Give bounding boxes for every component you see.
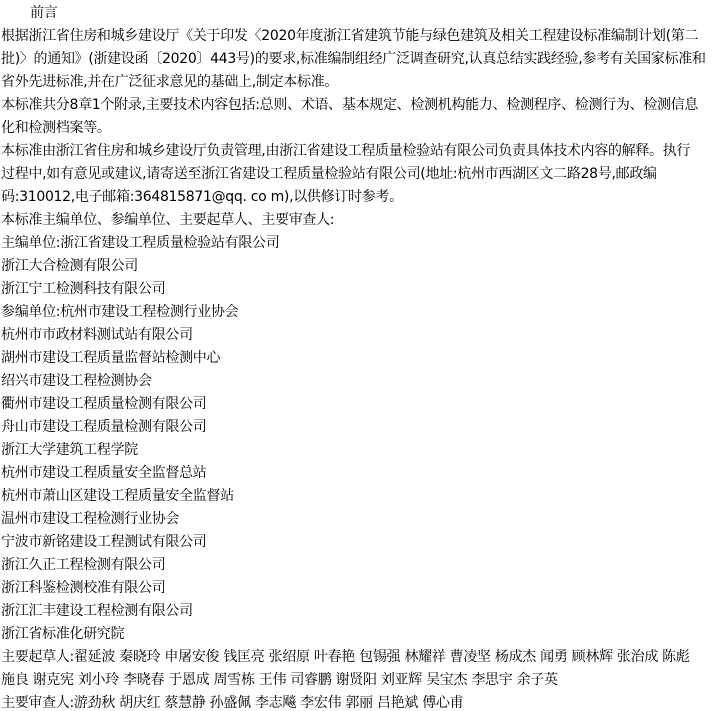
- drafter-names: 翟延波 秦晓玲 申屠安俊 钱匡亮 张绍原 叶春艳 包锡强 林耀祥 曹凌坚 杨成杰…: [74, 649, 690, 665]
- paragraph-units-intro: 本标准主编单位、参编单位、主要起草人、主要审查人:: [1, 209, 713, 232]
- chief-unit-item: 主编单位:浙江省建设工程质量检验站有限公司: [1, 232, 713, 255]
- participating-unit-item: 杭州市市政材料测试站有限公司: [1, 324, 713, 347]
- chief-units-label: 主编单位:: [1, 235, 60, 251]
- unit-name: 杭州市建设工程检测行业协会: [60, 304, 238, 320]
- participating-units-label: 参编单位:: [1, 304, 60, 320]
- section-heading-foreword: 前言: [1, 2, 713, 25]
- participating-unit-item: 浙江大学建筑工程学院: [1, 439, 713, 462]
- text-line: 批)〉的通知》(浙建设函〔2020〕443号)的要求,标准编制组经广泛调查研究,…: [1, 48, 713, 71]
- chief-units-list: 主编单位:浙江省建设工程质量检验站有限公司 浙江大合检测有限公司 浙江宁工检测科…: [1, 232, 713, 301]
- drafters-label: 主要起草人:: [1, 649, 74, 665]
- text-line: 码:310012,电子邮箱:364815871@qq. co m),以供修订时参…: [1, 186, 713, 209]
- participating-unit-item: 浙江汇丰建设工程检测有限公司: [1, 600, 713, 623]
- text-line: 省外先进标准,并在广泛征求意见的基础上,制定本标准。: [1, 71, 713, 94]
- participating-unit-item: 衢州市建设工程质量检测有限公司: [1, 393, 713, 416]
- document-body: 前言 根据浙江省住房和城乡建设厅《关于印发〈2020年度浙江省建筑节能与绿色建筑…: [0, 0, 713, 711]
- participating-unit-item: 浙江省标准化研究院: [1, 623, 713, 646]
- participating-unit-item: 杭州市建设工程质量安全监督总站: [1, 462, 713, 485]
- text-line: 本标准由浙江省住房和城乡建设厅负责管理,由浙江省建设工程质量检验站有限公司负责具…: [1, 140, 713, 163]
- text-line: 过程中,如有意见或建议,请寄送至浙江省建设工程质量检验站有限公司(地址:杭州市西…: [1, 163, 713, 186]
- participating-unit-item: 湖州市建设工程质量监督站检测中心: [1, 347, 713, 370]
- drafters-line: 施良 谢克宪 刘小玲 李晓春 于恩成 周雪栋 王伟 司睿鹏 谢贤阳 刘亚辉 吴宝…: [1, 669, 713, 692]
- text-line: 根据浙江省住房和城乡建设厅《关于印发〈2020年度浙江省建筑节能与绿色建筑及相关…: [1, 25, 713, 48]
- participating-unit-item: 杭州市萧山区建设工程质量安全监督站: [1, 485, 713, 508]
- participating-unit-item: 舟山市建设工程质量检测有限公司: [1, 416, 713, 439]
- participating-unit-item: 宁波市新铭建设工程测试有限公司: [1, 531, 713, 554]
- paragraph-contents: 本标准共分8章1个附录,主要技术内容包括:总则、术语、基本规定、检测机构能力、检…: [1, 94, 713, 140]
- participating-unit-item: 参编单位:杭州市建设工程检测行业协会: [1, 301, 713, 324]
- participating-unit-item: 温州市建设工程检测行业协会: [1, 508, 713, 531]
- paragraph-basis: 根据浙江省住房和城乡建设厅《关于印发〈2020年度浙江省建筑节能与绿色建筑及相关…: [1, 25, 713, 94]
- reviewers-line: 主要审查人:游劲秋 胡庆红 蔡慧静 孙盛佩 李志飚 李宏伟 郭丽 吕艳斌 傅心甫: [1, 692, 713, 711]
- paragraph-management: 本标准由浙江省住房和城乡建设厅负责管理,由浙江省建设工程质量检验站有限公司负责具…: [1, 140, 713, 209]
- text-line: 本标准共分8章1个附录,主要技术内容包括:总则、术语、基本规定、检测机构能力、检…: [1, 94, 713, 117]
- reviewer-names: 游劲秋 胡庆红 蔡慧静 孙盛佩 李志飚 李宏伟 郭丽 吕艳斌 傅心甫: [74, 695, 463, 711]
- drafters-list: 主要起草人:翟延波 秦晓玲 申屠安俊 钱匡亮 张绍原 叶春艳 包锡强 林耀祥 曹…: [1, 646, 713, 692]
- reviewers-label: 主要审查人:: [1, 695, 74, 711]
- participating-unit-item: 绍兴市建设工程检测协会: [1, 370, 713, 393]
- participating-unit-item: 浙江科鉴检测校准有限公司: [1, 577, 713, 600]
- participating-unit-item: 浙江久正工程检测有限公司: [1, 554, 713, 577]
- chief-unit-item: 浙江大合检测有限公司: [1, 255, 713, 278]
- participating-units-list: 参编单位:杭州市建设工程检测行业协会 杭州市市政材料测试站有限公司 湖州市建设工…: [1, 301, 713, 646]
- text-line: 化和检测档案等。: [1, 117, 713, 140]
- unit-name: 浙江省建设工程质量检验站有限公司: [60, 235, 279, 251]
- chief-unit-item: 浙江宁工检测科技有限公司: [1, 278, 713, 301]
- drafters-line: 主要起草人:翟延波 秦晓玲 申屠安俊 钱匡亮 张绍原 叶春艳 包锡强 林耀祥 曹…: [1, 646, 713, 669]
